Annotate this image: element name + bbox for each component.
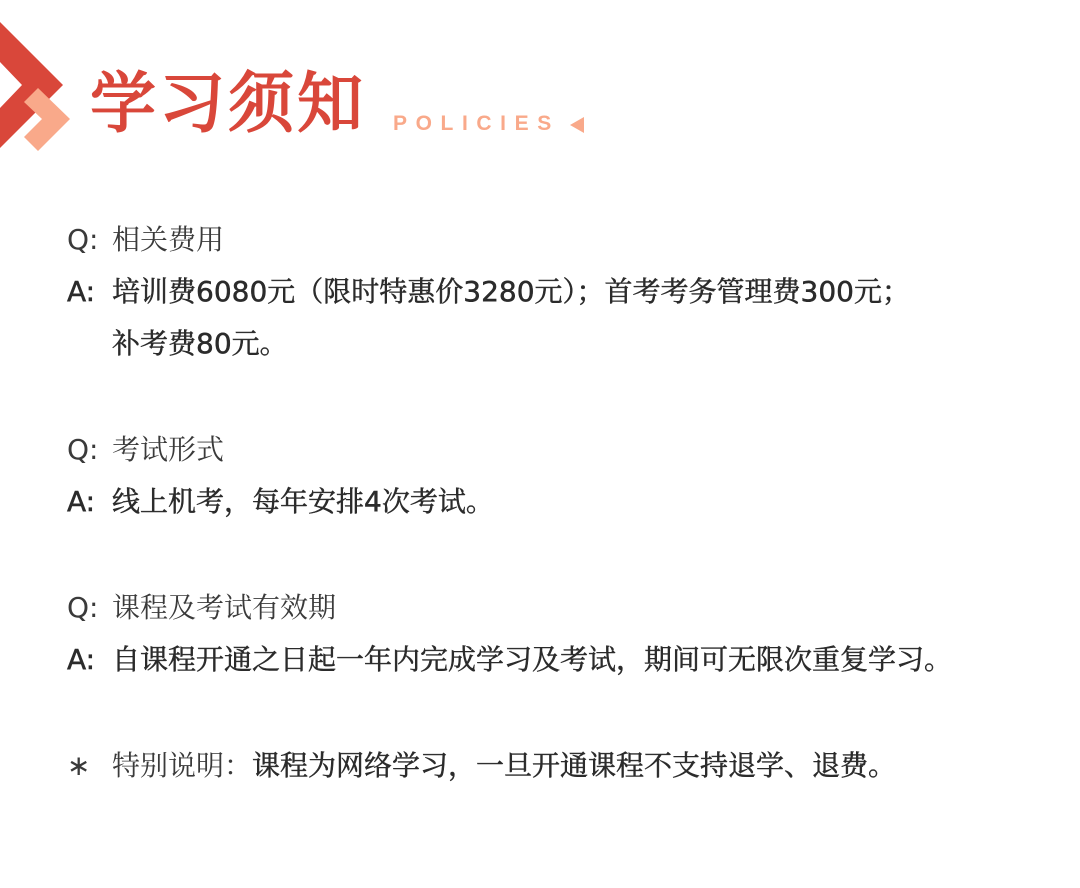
faq-question: Q:课程及考试有效期: [67, 588, 336, 628]
note-text: 课程为网络学习，一旦开通课程不支持退学、退费。: [252, 749, 896, 782]
question-text: 课程及考试有效期: [112, 591, 336, 624]
section-header: 学习须知 POLICIES: [0, 0, 1080, 170]
question-prefix: Q:: [67, 588, 112, 628]
note-label: 特别说明：: [112, 749, 252, 782]
question-prefix: Q:: [67, 220, 112, 260]
answer-text: 线上机考，每年安排4次考试。: [112, 485, 494, 518]
answer-text: 补考费80元。: [112, 327, 288, 360]
page-title: 学习须知: [90, 64, 366, 144]
faq-question: Q:考试形式: [67, 430, 224, 470]
faq-question: Q:相关费用: [67, 220, 224, 260]
faq-answer: A:自课程开通之日起一年内完成学习及考试，期间可无限次重复学习。: [67, 640, 952, 680]
triangle-left-icon: [570, 117, 584, 133]
answer-text: 自课程开通之日起一年内完成学习及考试，期间可无限次重复学习。: [112, 643, 952, 676]
answer-prefix: A:: [67, 640, 112, 680]
special-note: ∗特别说明：课程为网络学习，一旦开通课程不支持退学、退费。: [67, 746, 896, 786]
chevron-logo-icon: [0, 0, 80, 170]
answer-prefix: A:: [67, 482, 112, 522]
answer-prefix: A:: [67, 272, 112, 312]
faq-answer: A:培训费6080元（限时特惠价3280元）；首考考务管理费300元；: [67, 272, 910, 312]
asterisk-icon: ∗: [67, 746, 112, 786]
question-text: 考试形式: [112, 433, 224, 466]
page-subtitle: POLICIES: [393, 111, 560, 137]
answer-text: 培训费6080元（限时特惠价3280元）；首考考务管理费300元；: [112, 275, 910, 308]
faq-answer: A:线上机考，每年安排4次考试。: [67, 482, 494, 522]
question-text: 相关费用: [112, 223, 224, 256]
faq-answer-continued: 补考费80元。: [67, 324, 288, 364]
question-prefix: Q:: [67, 430, 112, 470]
